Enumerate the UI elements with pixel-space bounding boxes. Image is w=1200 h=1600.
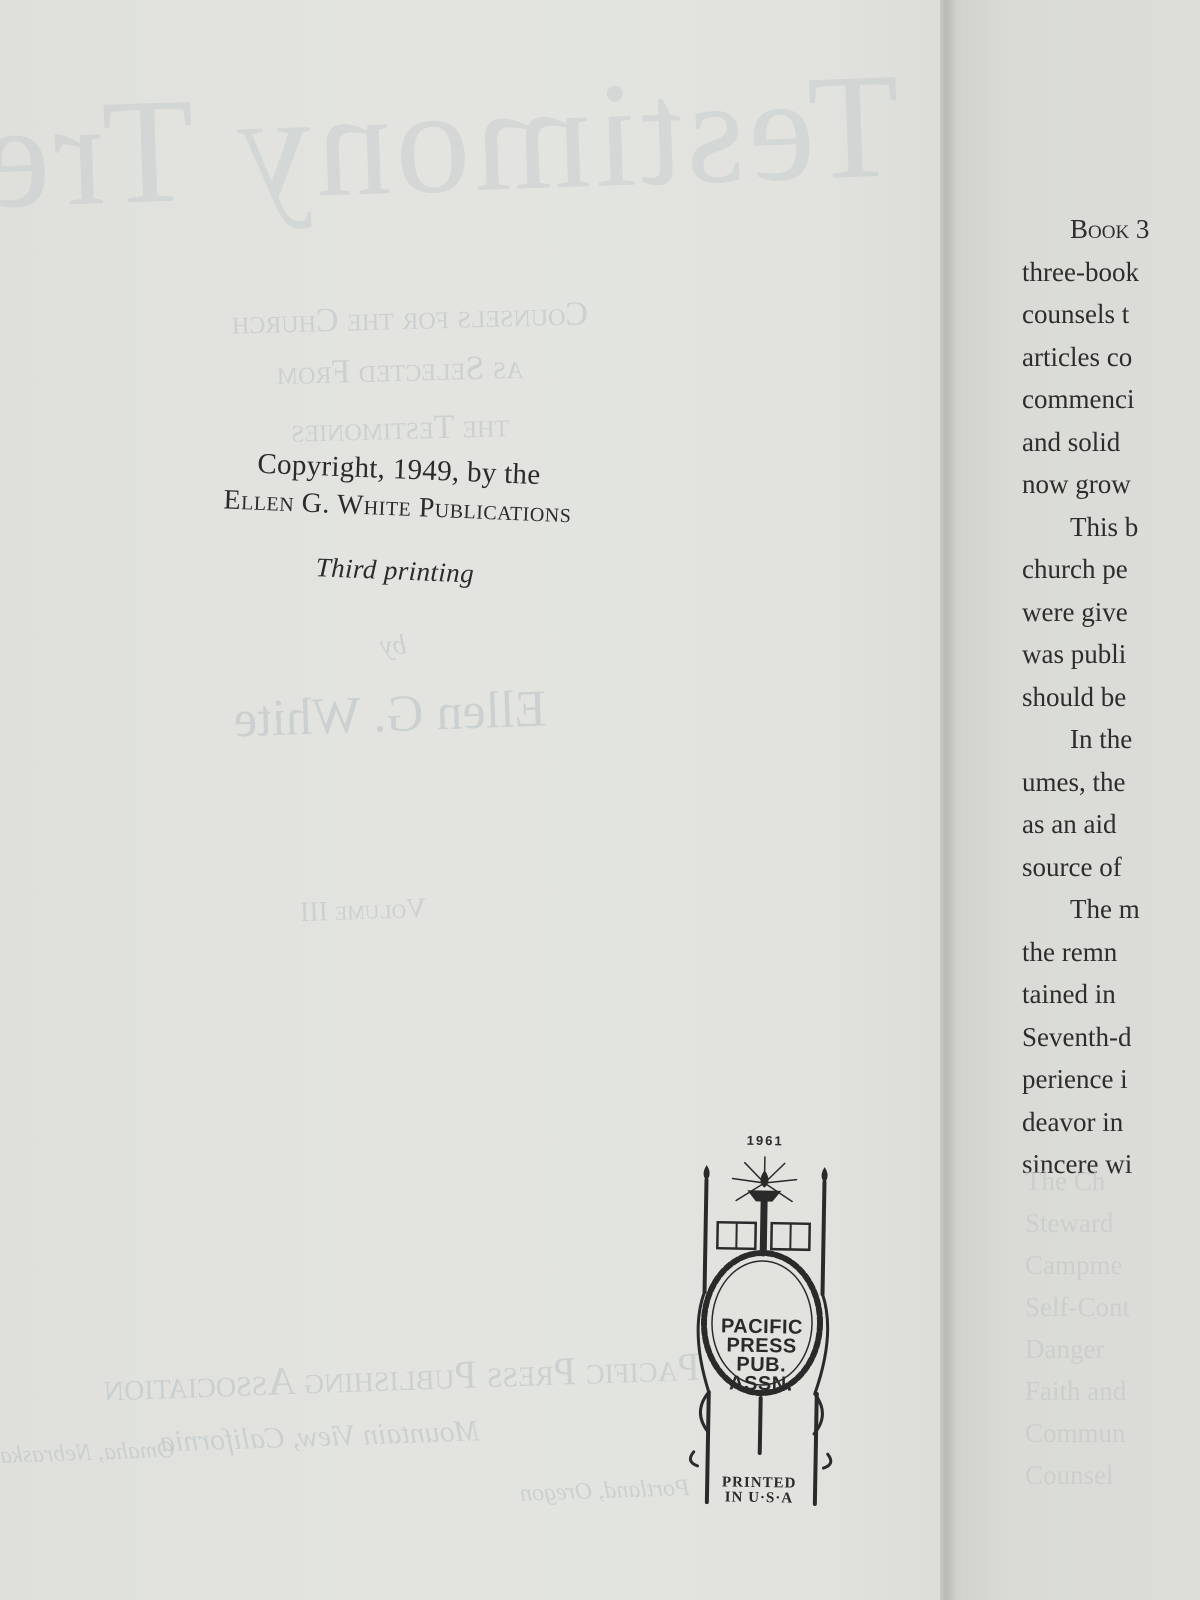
- text-line: as an aid: [1022, 803, 1200, 846]
- printer-mark-year: 1961: [685, 1132, 845, 1150]
- bleed-through-subtitle-1: Counsels for the Church: [150, 293, 671, 345]
- text-line: source of: [1022, 846, 1200, 889]
- book-spread: Testimony Treasures Counsels for the Chu…: [0, 0, 1200, 1600]
- text-line: and solid: [1022, 421, 1200, 464]
- bleed-through-city-2: Omaha, Nebraska: [0, 1437, 175, 1470]
- bleed-through-city-1: Mountain View, California: [160, 1414, 481, 1459]
- text-line: counsels t: [1022, 293, 1200, 336]
- printing-edition: Third printing: [160, 546, 631, 596]
- emblem-line-4: ASSN.: [681, 1374, 841, 1396]
- ghost-line: The Ch: [1025, 1160, 1200, 1202]
- right-page-bleed-through: The Ch Steward Campme Self-Cont Danger F…: [1025, 1160, 1200, 1496]
- text-line: was publi: [1022, 633, 1200, 676]
- text-line: perience i: [1022, 1058, 1200, 1101]
- bleed-through-subtitle-2: as Selected From: [230, 348, 571, 395]
- text-line: the remn: [1022, 931, 1200, 974]
- text-line: This b: [1022, 506, 1200, 549]
- text-line: Seventh-d: [1022, 1016, 1200, 1059]
- ghost-line: Faith and: [1025, 1370, 1200, 1412]
- ghost-line: Danger: [1025, 1328, 1200, 1370]
- bleed-through-title: Testimony Treasures: [0, 39, 903, 242]
- printed-line-2: IN U·S·A: [679, 1490, 839, 1508]
- copyright-notice: Copyright, 1949, by the Ellen G. White P…: [160, 440, 635, 596]
- text-line: In the: [1022, 718, 1200, 761]
- printed-in-usa: PRINTED IN U·S·A: [679, 1475, 839, 1508]
- text-line: Book 3: [1022, 208, 1200, 251]
- printer-mark: 1961: [679, 1132, 846, 1515]
- ghost-line: Commun: [1025, 1412, 1200, 1454]
- printer-emblem-text: PACIFIC PRESS PUB. ASSN.: [681, 1317, 842, 1396]
- text-line: umes, the: [1022, 761, 1200, 804]
- text-line: articles co: [1022, 336, 1200, 379]
- text-line: deavor in: [1022, 1101, 1200, 1144]
- bleed-through-by: by: [379, 630, 407, 663]
- left-page: Testimony Treasures Counsels for the Chu…: [0, 0, 943, 1600]
- right-page-text: Book 3 three-book counsels t articles co…: [1022, 208, 1200, 1186]
- text-line: The m: [1022, 888, 1200, 931]
- ghost-line: Campme: [1025, 1244, 1200, 1286]
- ghost-line: Counsel: [1025, 1454, 1200, 1496]
- text-line: tained in: [1022, 973, 1200, 1016]
- text-line: three-book: [1022, 251, 1200, 294]
- bleed-through-author: Ellen G. White: [189, 678, 591, 751]
- text-line: should be: [1022, 676, 1200, 719]
- text-line: now grow: [1022, 463, 1200, 506]
- bleed-through-city-3: Portland, Oregon: [520, 1475, 691, 1508]
- bleed-through-publisher: Pacific Press Publishing Association: [0, 1343, 701, 1414]
- text-line: were give: [1022, 591, 1200, 634]
- ghost-line: Steward: [1025, 1202, 1200, 1244]
- text-line: commenci: [1022, 378, 1200, 421]
- text-line: church pe: [1022, 548, 1200, 591]
- bleed-through-volume: Volume III: [299, 893, 426, 929]
- ghost-line: Self-Cont: [1025, 1286, 1200, 1328]
